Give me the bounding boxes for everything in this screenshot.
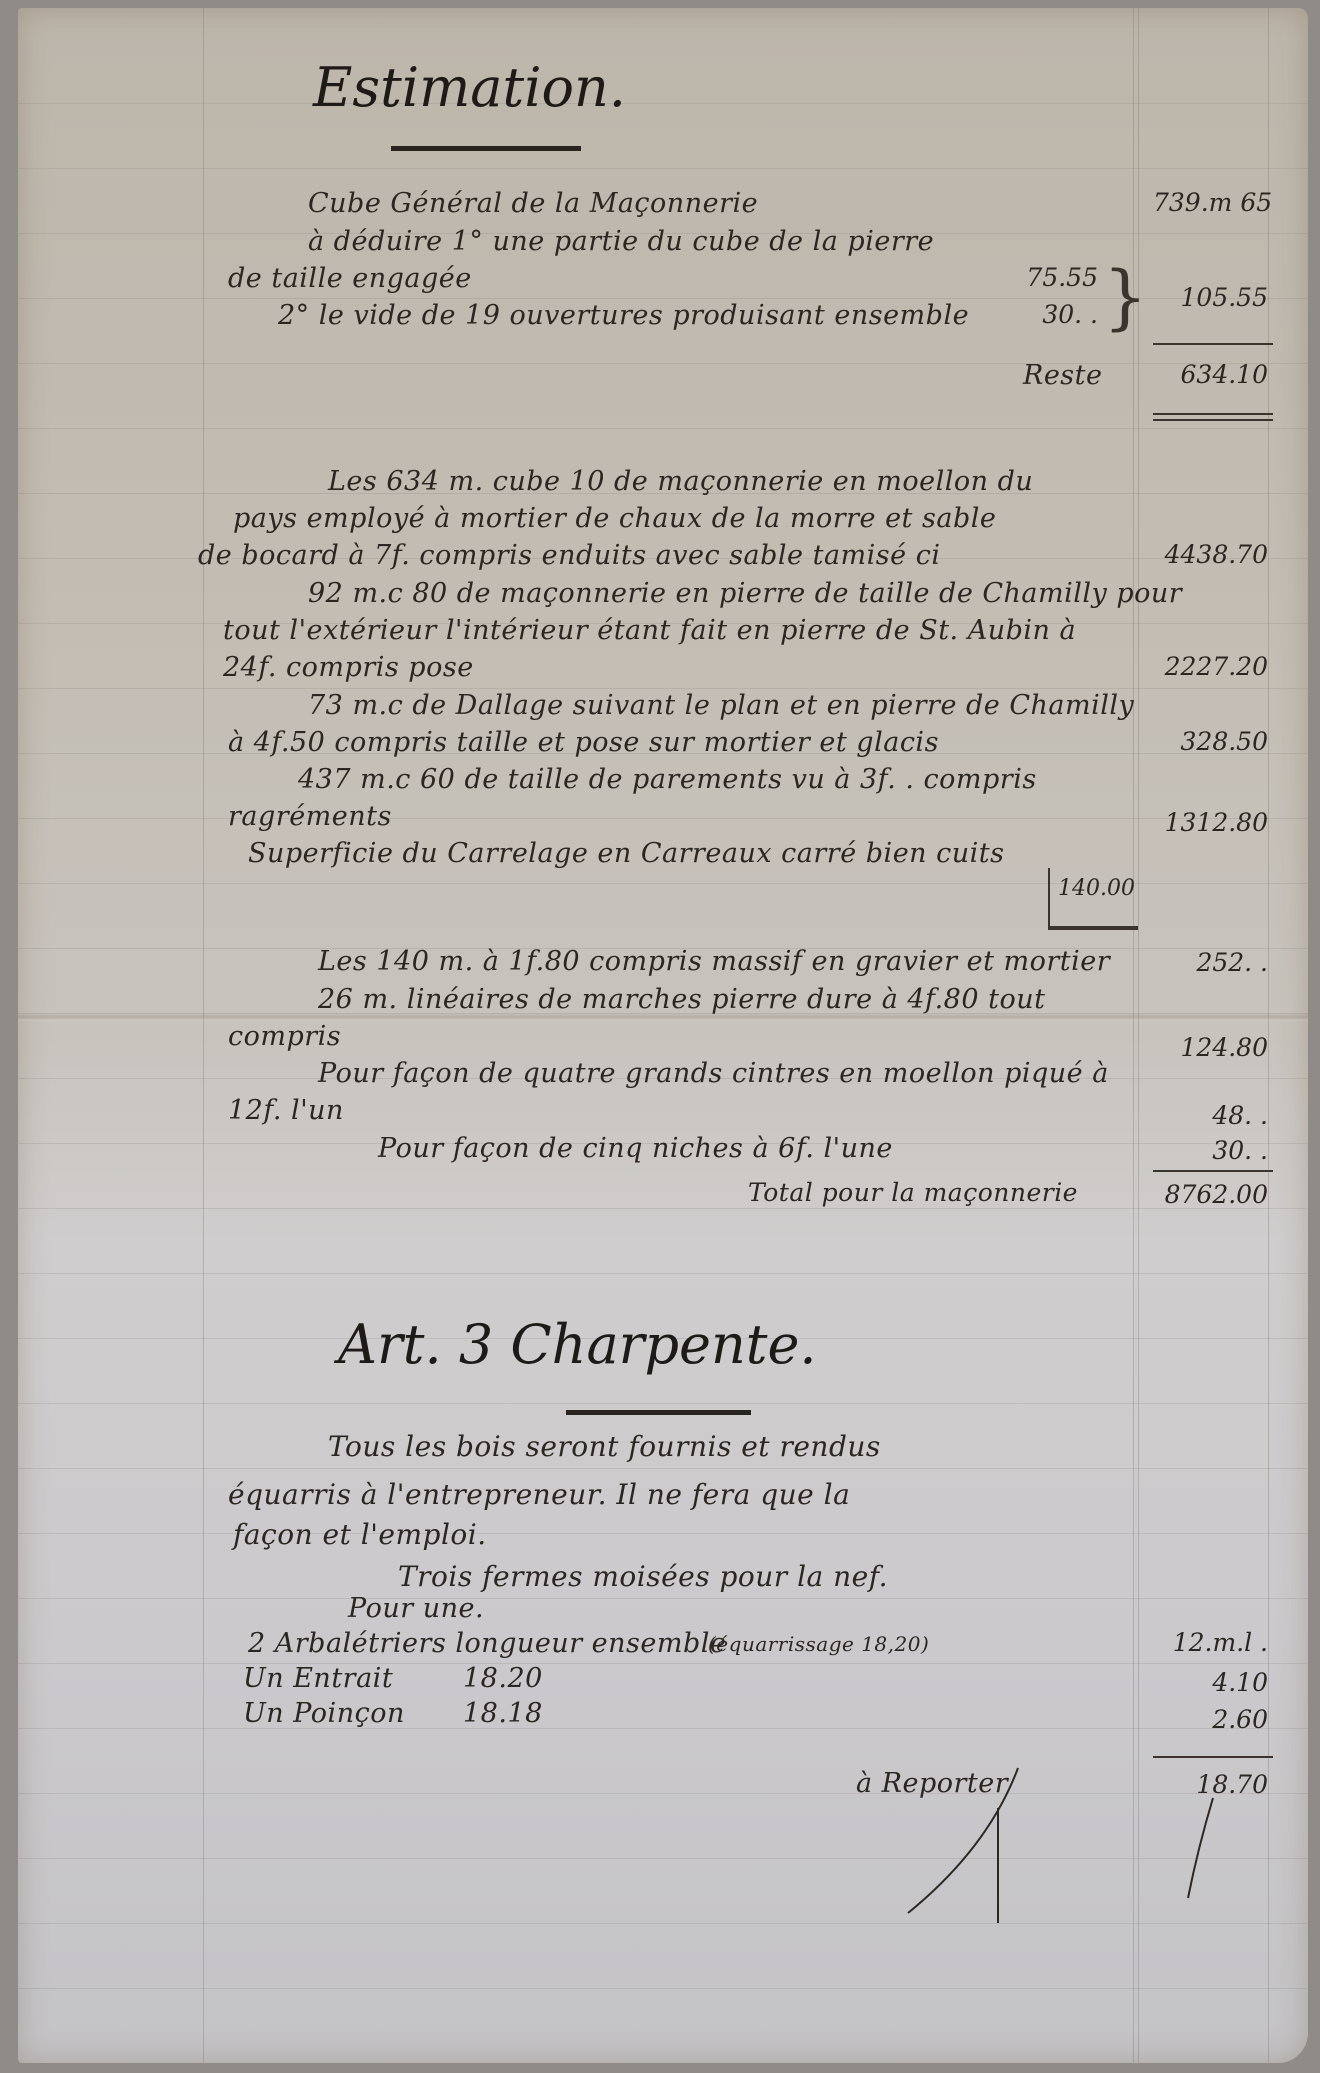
double-line xyxy=(1153,419,1273,421)
title-underline xyxy=(391,146,581,151)
row-text: Cube Général de la Maçonnerie xyxy=(308,188,758,219)
timber-dim: 18.20 xyxy=(463,1663,543,1694)
item-line: Pour façon de quatre grands cintres en m… xyxy=(318,1058,1109,1089)
timber-amount: 2.60 xyxy=(1153,1705,1268,1734)
item-amount: 252. . xyxy=(1153,948,1268,977)
timber-row: Un Poinçon xyxy=(243,1698,405,1729)
total-label: Total pour la maçonnerie xyxy=(748,1178,1078,1207)
box-line xyxy=(1048,868,1050,928)
item-line: Superficie du Carrelage en Carreaux carr… xyxy=(248,838,1005,869)
row-amount: 105.55 xyxy=(1153,283,1268,312)
item-line: ragréments xyxy=(228,801,392,832)
timber-dim: 18.18 xyxy=(463,1698,543,1729)
reste-label: Reste xyxy=(1023,360,1103,391)
timber-amount: 4.10 xyxy=(1153,1668,1268,1697)
title-underline xyxy=(566,1410,751,1415)
row-amount: 739.m 65 xyxy=(1153,188,1268,217)
reste-amount: 634.10 xyxy=(1153,360,1268,389)
timber-row: 2 Arbalétriers longueur ensemble xyxy=(248,1628,726,1659)
row-text: de taille engagée xyxy=(228,263,472,294)
item-line: Les 140 m. à 1f.80 compris massif en gra… xyxy=(318,946,1110,977)
item-line: Pour façon de cinq niches à 6f. l'une xyxy=(378,1133,893,1164)
sum-line xyxy=(1153,343,1273,345)
item-line: 24f. compris pose xyxy=(223,652,474,683)
intro-line: façon et l'emploi. xyxy=(233,1518,487,1551)
item-line: 26 m. linéaires de marches pierre dure à… xyxy=(318,984,1045,1015)
item-amount: 140.00 xyxy=(1058,876,1133,901)
item-amount: 124.80 xyxy=(1153,1033,1268,1062)
item-line: 437 m.c 60 de taille de parements vu à 3… xyxy=(298,764,1037,795)
item-line: de bocard à 7f. compris enduits avec sab… xyxy=(198,540,940,571)
item-line: à 4f.50 compris taille et pose sur morti… xyxy=(228,727,939,758)
item-line: 73 m.c de Dallage suivant le plan et en … xyxy=(308,690,1134,721)
item-amount: 2227.20 xyxy=(1153,652,1268,681)
item-amount: 328.50 xyxy=(1153,727,1268,756)
item-amount: 30. . xyxy=(1153,1136,1268,1165)
section-title-charpente: Art. 3 Charpente. xyxy=(338,1313,817,1376)
manuscript-page: Estimation. Cube Général de la Maçonneri… xyxy=(18,8,1308,2063)
item-line: 12f. l'un xyxy=(228,1095,344,1126)
intro-line: équarris à l'entrepreneur. Il ne fera qu… xyxy=(228,1478,850,1511)
timber-row: Un Entrait xyxy=(243,1663,393,1694)
intro-line: Tous les bois seront fournis et rendus xyxy=(328,1430,881,1463)
timber-note: (équarrissage 18,20) xyxy=(708,1632,929,1656)
row-subamount: 30. . xyxy=(1018,300,1098,329)
row-text: 2° le vide de 19 ouvertures produisant e… xyxy=(278,300,969,331)
item-line: tout l'extérieur l'intérieur étant fait … xyxy=(223,615,1076,646)
pour-une: Pour une. xyxy=(348,1593,484,1624)
item-line: pays employé à mortier de chaux de la mo… xyxy=(233,503,996,534)
timber-amount: 12.m.l . xyxy=(1153,1628,1268,1657)
row-text: à déduire 1° une partie du cube de la pi… xyxy=(308,226,934,257)
item-amount: 4438.70 xyxy=(1153,540,1268,569)
item-line: Les 634 m. cube 10 de maçonnerie en moel… xyxy=(328,466,1033,497)
item-line: compris xyxy=(228,1021,341,1052)
section-title-estimation: Estimation. xyxy=(313,56,626,119)
row-subamount: 75.55 xyxy=(1018,263,1098,292)
total-line xyxy=(1153,1170,1273,1172)
subheading: Trois fermes moisées pour la nef. xyxy=(398,1560,888,1593)
flourish-strokes xyxy=(868,1748,1288,1928)
item-line: 92 m.c 80 de maçonnerie en pierre de tai… xyxy=(308,578,1182,609)
double-line xyxy=(1153,413,1273,415)
item-amount: 48. . xyxy=(1153,1101,1268,1130)
brace: } xyxy=(1103,256,1148,338)
total-amount: 8762.00 xyxy=(1153,1180,1268,1209)
item-amount: 1312.80 xyxy=(1153,808,1268,837)
box-line xyxy=(1048,926,1138,930)
